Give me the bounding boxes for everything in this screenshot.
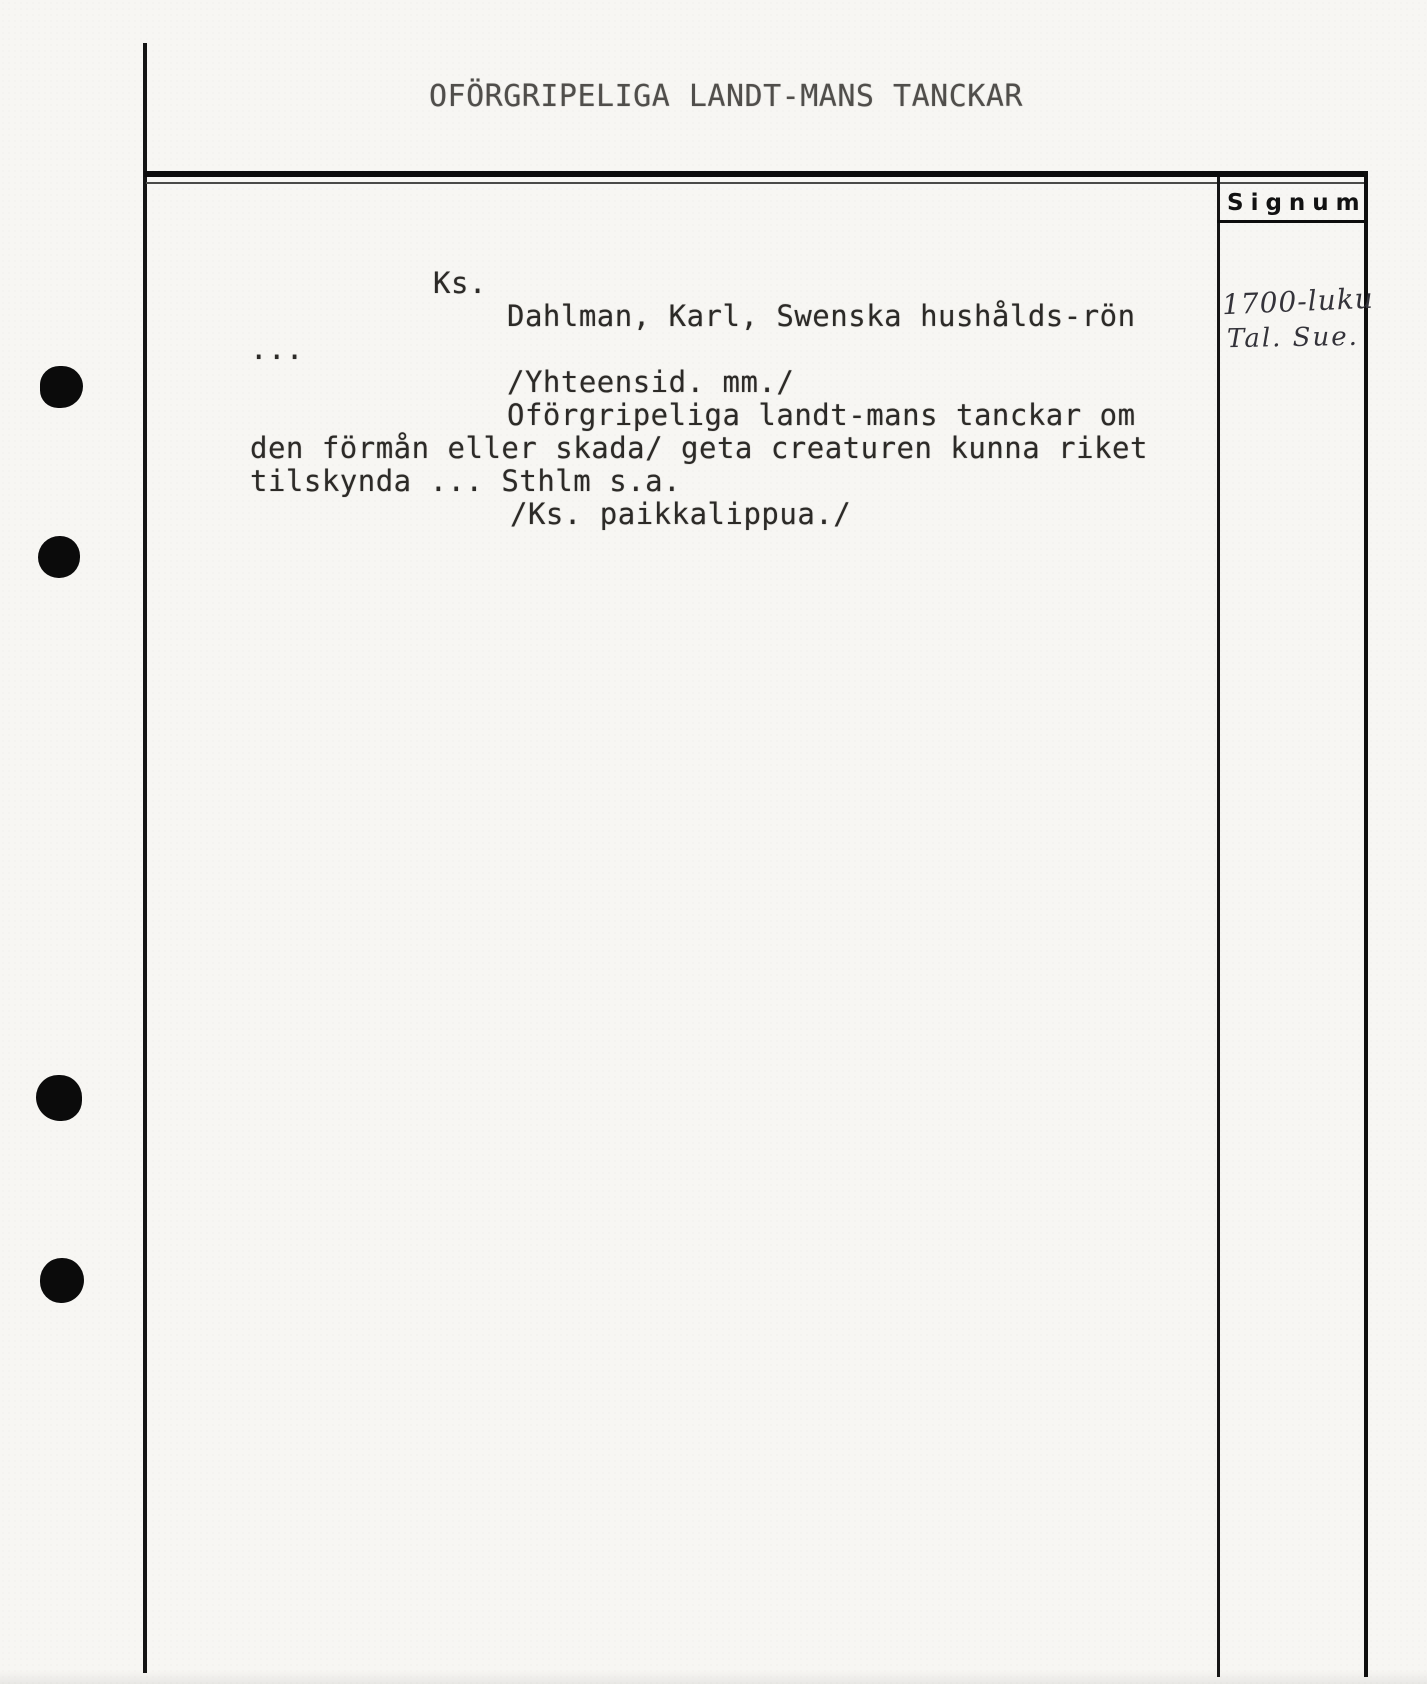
typewritten-line: den förmån eller skada/ geta creaturen k…: [250, 432, 1148, 465]
typewritten-line: Dahlman, Karl, Swenska hushålds-rön: [507, 300, 1136, 333]
signum-column-header: Signum: [1220, 190, 1366, 216]
signum-column-left-border: [1217, 177, 1220, 1677]
document-title: OFÖRGRIPELIGA LANDT-MANS TANCKAR: [429, 80, 1023, 114]
signum-column-right-border: [1364, 171, 1368, 1677]
signum-handwritten-note-line2: Tal. Sue.: [1227, 322, 1359, 354]
hole-punch: [38, 536, 80, 578]
hole-punch: [36, 1075, 82, 1121]
typewritten-line: Ks.: [433, 267, 487, 300]
signum-header-underline: [1217, 220, 1368, 223]
typewritten-line: Oförgripeliga landt-mans tanckar om: [507, 399, 1136, 432]
typewritten-line: tilskynda ... Sthlm s.a.: [250, 465, 681, 498]
left-margin-rule: [143, 43, 147, 1673]
scanned-catalog-card: OFÖRGRIPELIGA LANDT-MANS TANCKAR Ks. Dah…: [0, 0, 1427, 1684]
hole-punch: [40, 1258, 84, 1303]
typewritten-line: /Yhteensid. mm./: [507, 366, 794, 399]
hole-punch: [40, 366, 83, 408]
top-rule-thick: [144, 171, 1368, 177]
typewritten-line: ...: [250, 333, 304, 366]
top-rule-thin: [146, 182, 1366, 184]
signum-handwritten-note-line1: 1700-luku: [1221, 282, 1374, 322]
typewritten-line: /Ks. paikkalippua./: [510, 498, 851, 531]
